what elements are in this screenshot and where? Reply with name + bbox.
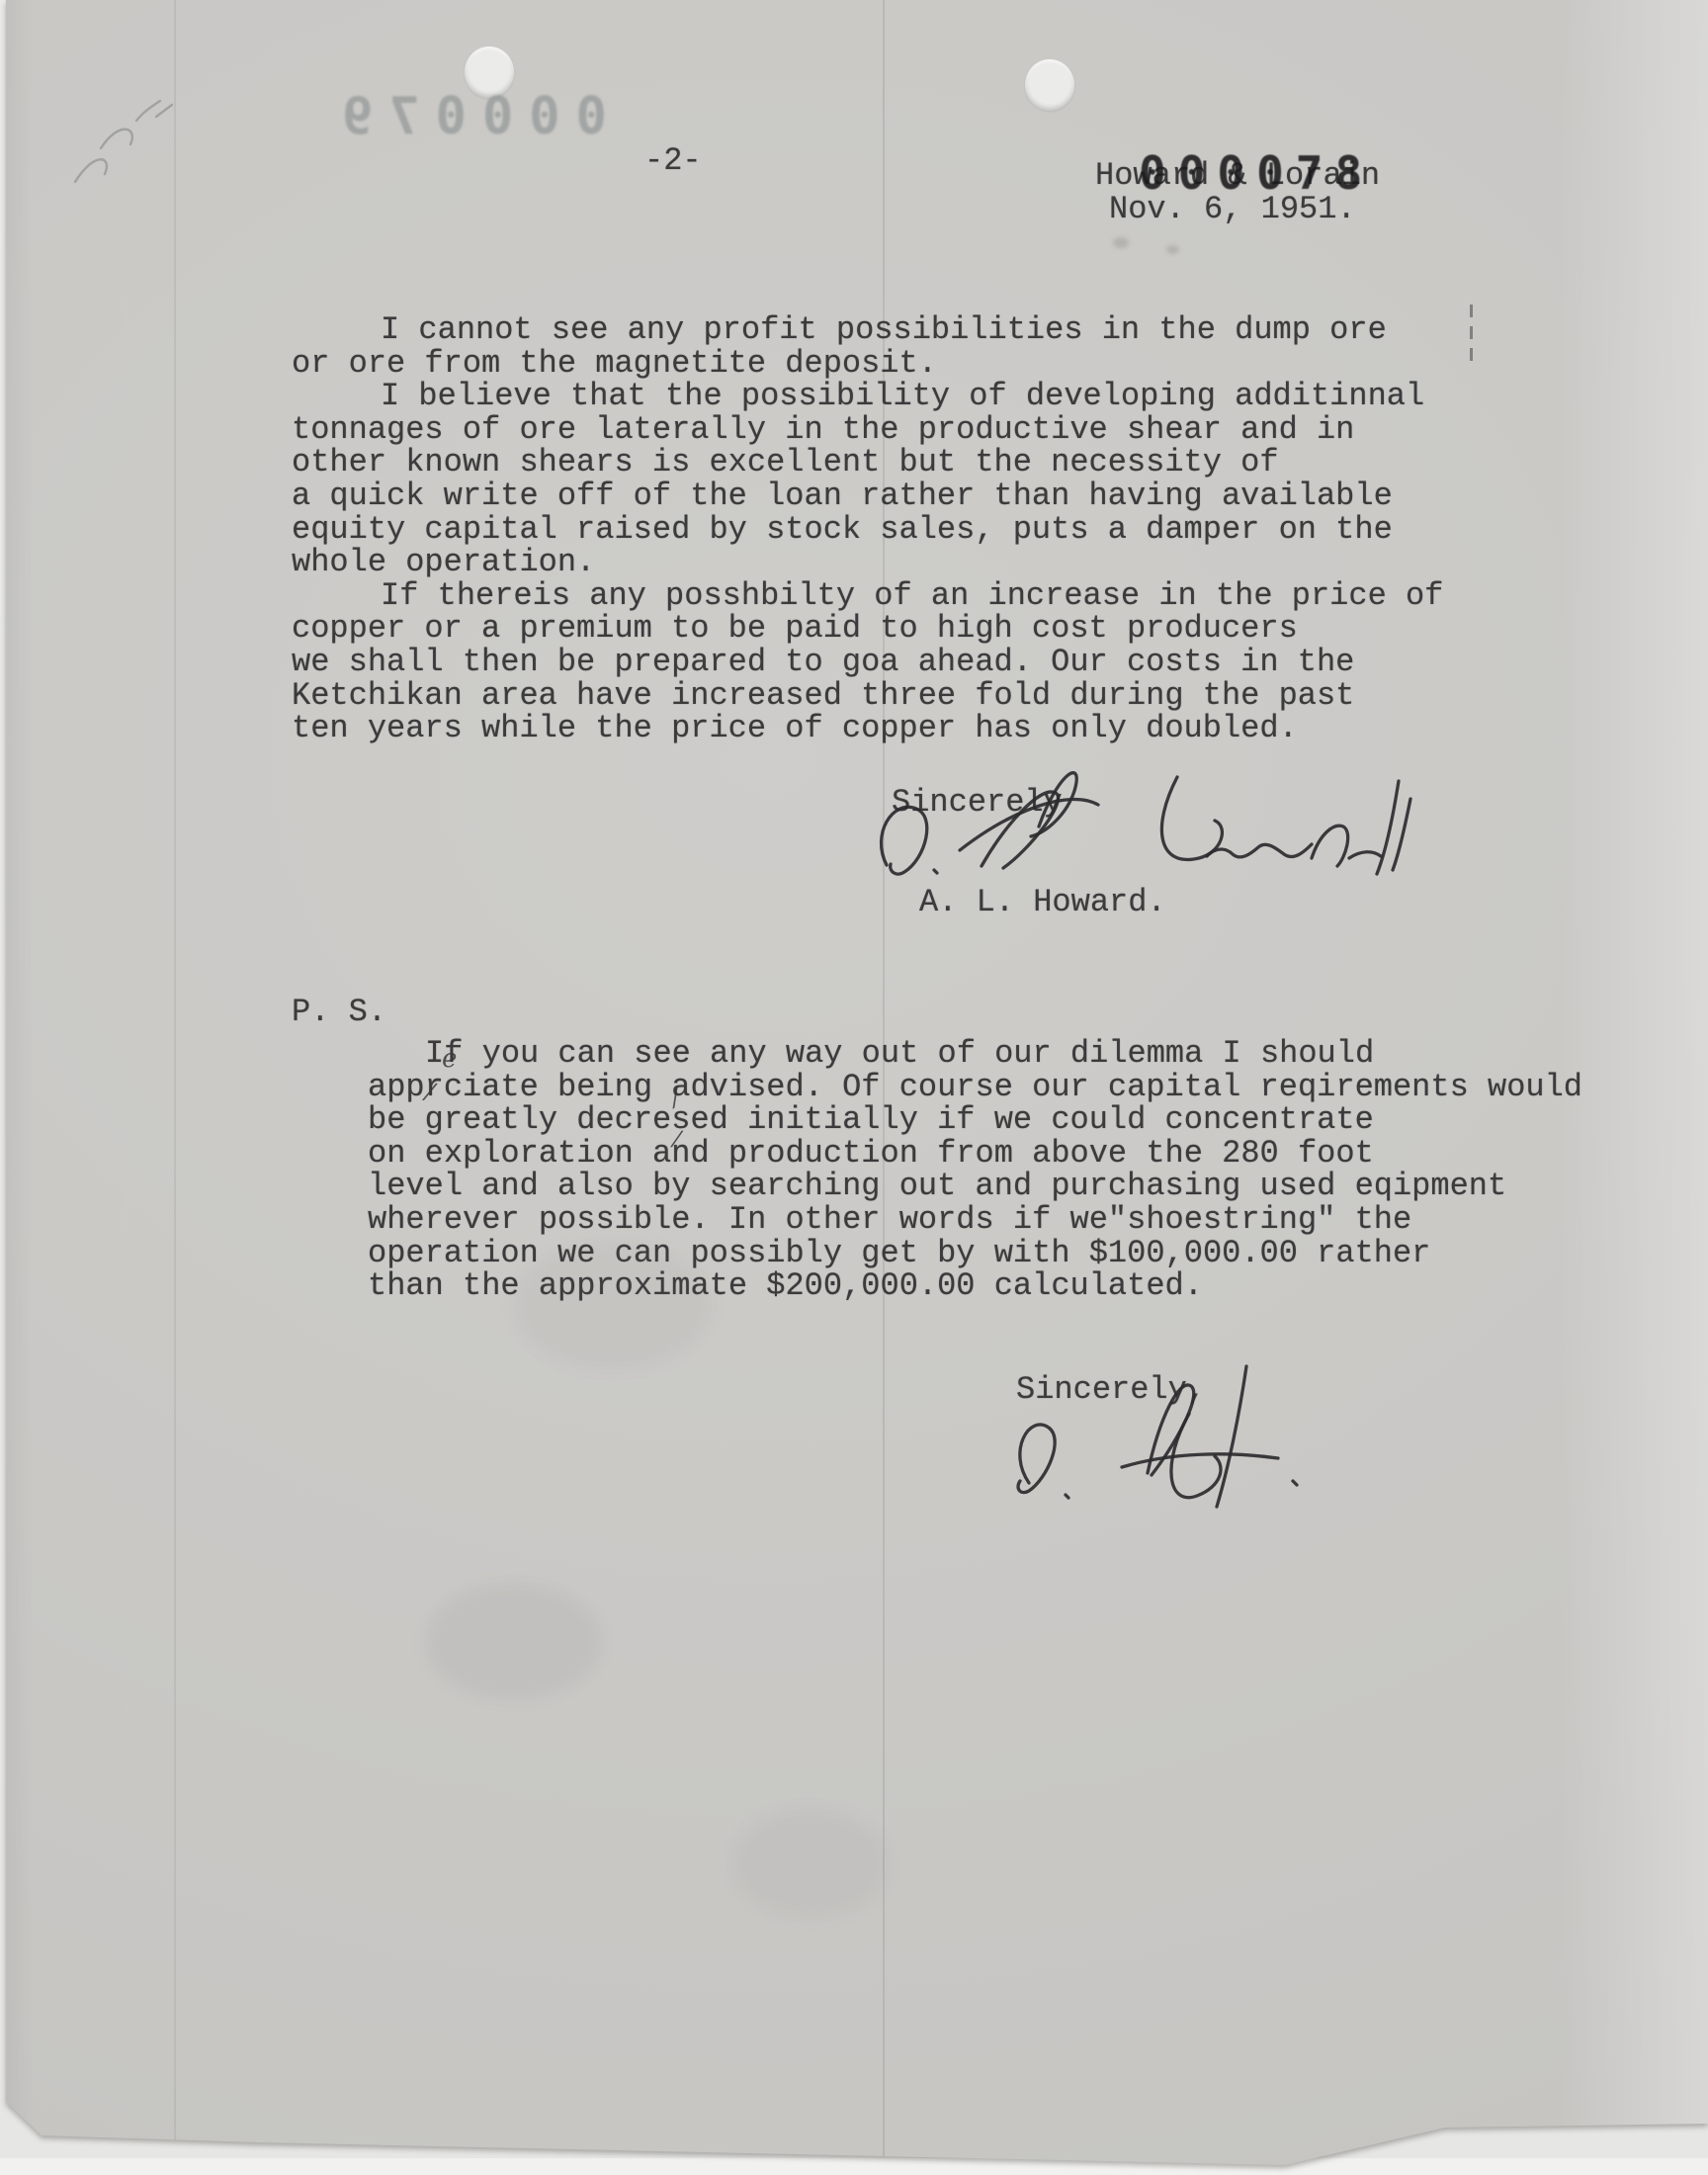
typed-line: be greatly decresed initially if we coul… xyxy=(368,1103,1653,1137)
dog-ear-corner xyxy=(1285,2122,1447,2167)
punch-hole-right xyxy=(1025,59,1074,111)
handwritten-inserted-e: e xyxy=(442,1044,457,1074)
typed-line: If thereis any posshbilty of an increase… xyxy=(292,579,1636,613)
vertical-fold-line-left xyxy=(174,0,176,2175)
typed-line: level and also by searching out and purc… xyxy=(368,1170,1653,1203)
typed-line: ten years while the price of copper has … xyxy=(292,712,1636,745)
typed-signature-name: A. L. Howard. xyxy=(919,886,1166,919)
postscript-label: P. S. xyxy=(292,996,386,1029)
paper-stain xyxy=(514,1241,712,1369)
typed-line: equity capital raised by stock sales, pu… xyxy=(292,513,1636,547)
typed-line: wherever possible. In other words if we"… xyxy=(368,1203,1653,1237)
signature-initials xyxy=(991,1356,1308,1529)
typed-line: If you can see any way out of our dilemm… xyxy=(368,1037,1653,1071)
typed-line: we shall then be prepared to goa ahead. … xyxy=(292,646,1636,679)
typed-line: I believe that the possibility of develo… xyxy=(292,380,1636,413)
typed-line: a quick write off of the loan rather tha… xyxy=(292,479,1636,513)
bleed-through-stamp-number: 000079 xyxy=(326,87,607,146)
typed-line: I cannot see any profit possibilities in… xyxy=(292,313,1636,347)
typed-line: apprciate being advised. Of course our c… xyxy=(368,1071,1653,1104)
paper-stain xyxy=(731,1809,890,1918)
typed-line: copper or a premium to be paid to high c… xyxy=(292,612,1636,646)
scanned-letter-page: 000079 -2- Howard & Lorain Nov. 6, 1951.… xyxy=(0,0,1708,2175)
pencil-scribble-mark xyxy=(61,87,190,196)
page-number: -2- xyxy=(644,144,702,178)
typed-line: Ketchikan area have increased three fold… xyxy=(292,679,1636,713)
typed-line: on exploration and production from above… xyxy=(368,1137,1653,1171)
typed-line: other known shears is excellent but the … xyxy=(292,446,1636,479)
typed-line: whole operation. xyxy=(292,546,1636,579)
margin-dash-mark xyxy=(1470,304,1473,362)
paper-sheet: 000079 -2- Howard & Lorain Nov. 6, 1951.… xyxy=(0,0,1708,2175)
ink-smudge xyxy=(1166,245,1179,254)
typed-line: tonnages of ore laterally in the product… xyxy=(292,413,1636,447)
stamp-number: 000078 xyxy=(1139,146,1374,200)
typed-line: or ore from the magnetite deposit. xyxy=(292,347,1636,381)
letter-body: I cannot see any profit possibilities in… xyxy=(292,313,1636,745)
paper-stain xyxy=(425,1582,603,1700)
ink-smudge xyxy=(1113,237,1129,248)
